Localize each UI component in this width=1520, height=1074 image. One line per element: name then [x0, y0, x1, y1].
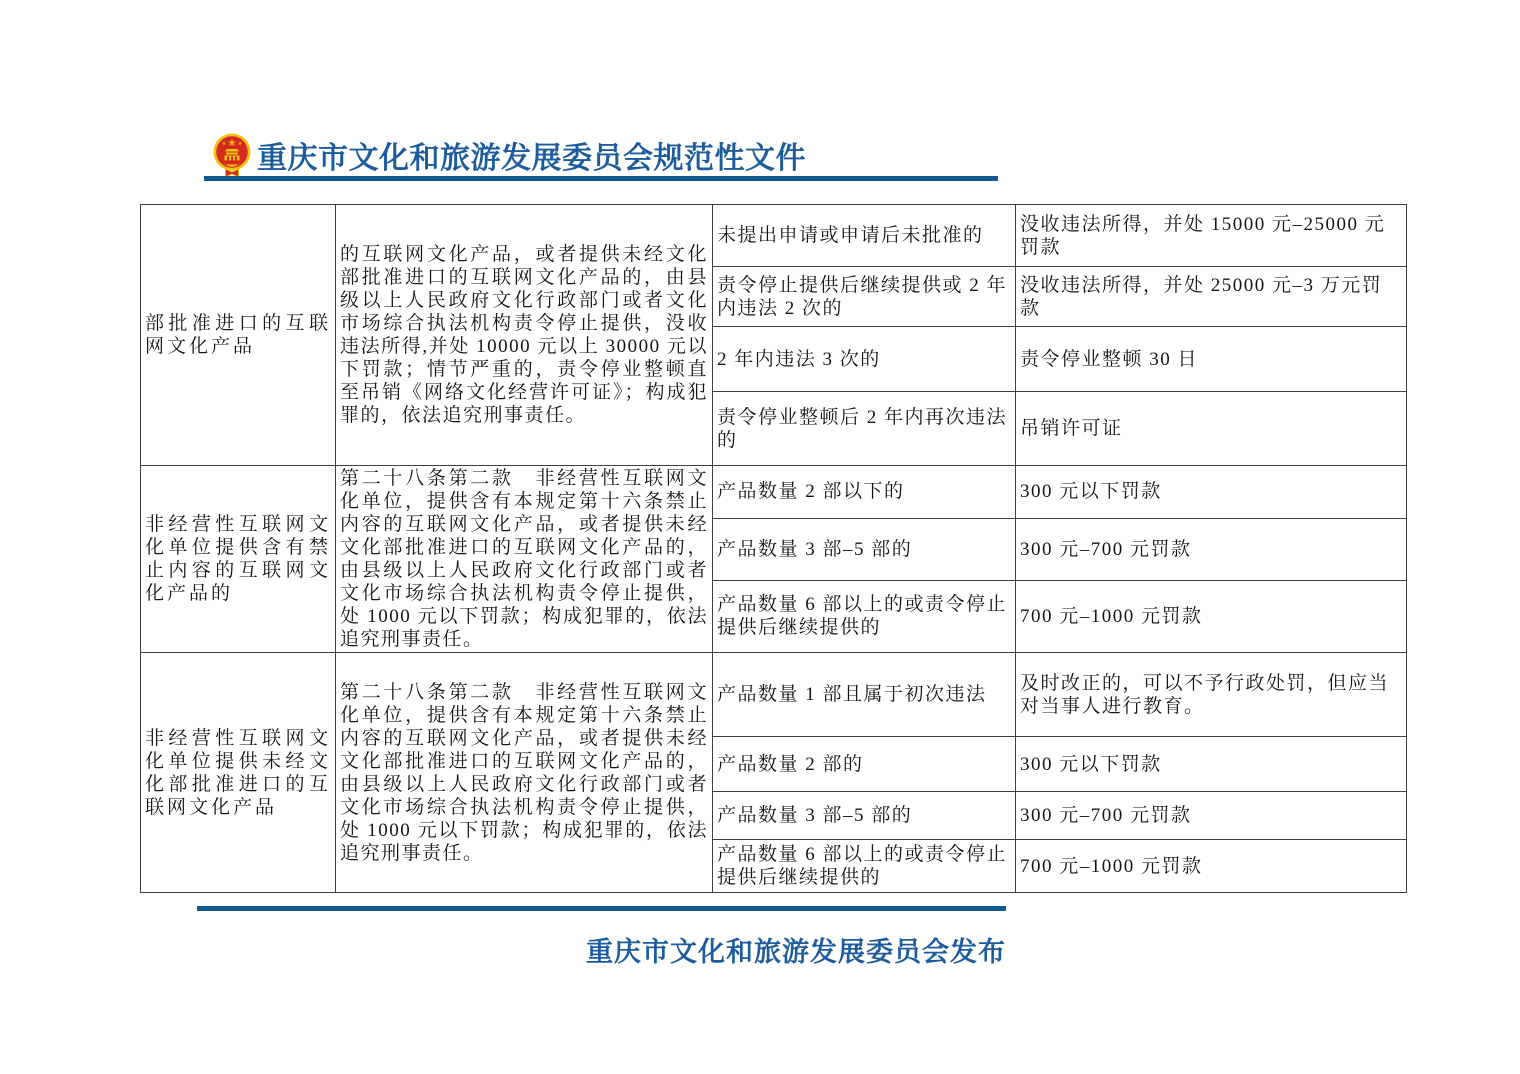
cell-legal-basis: 的互联网文化产品，或者提供未经文化部批准进口的互联网文化产品的，由县级以上人民政… [336, 205, 713, 466]
cell-violation: 部批准进口的互联网文化产品 [141, 205, 336, 466]
footer-publisher: 重庆市文化和旅游发展委员会发布 [197, 930, 1006, 969]
cell-penalty-standard: 700 元–1000 元罚款 [1016, 840, 1407, 893]
cell-penalty-standard: 300 元以下罚款 [1016, 737, 1407, 792]
cell-penalty-standard: 责令停业整顿 30 日 [1016, 327, 1407, 392]
cell-circumstance: 产品数量 6 部以上的或责令停止提供后继续提供的 [713, 840, 1016, 893]
header-divider-line [204, 176, 998, 181]
cell-circumstance: 责令停止提供后继续提供或 2 年内违法 2 次的 [713, 267, 1016, 327]
cell-circumstance: 未提出申请或申请后未批准的 [713, 205, 1016, 267]
china-national-emblem-icon: ★ ★ ★ [212, 132, 252, 180]
cell-penalty-standard: 没收违法所得，并处 15000 元–25000 元罚款 [1016, 205, 1407, 267]
cell-legal-basis: 第二十八条第二款 非经营性互联网文化单位，提供含有本规定第十六条禁止内容的互联网… [336, 653, 713, 893]
cell-penalty-standard: 300 元–700 元罚款 [1016, 792, 1407, 840]
cell-circumstance: 产品数量 3 部–5 部的 [713, 518, 1016, 580]
cell-circumstance: 产品数量 6 部以上的或责令停止提供后继续提供的 [713, 580, 1016, 652]
document-header-title: 重庆市文化和旅游发展委员会规范性文件 [257, 133, 806, 177]
document-page: ★ ★ ★ 重庆市文化和旅游发展委员会规范性文件 部批准进口的互联网文化产品 的… [0, 0, 1520, 1074]
table-section-1: 部批准进口的互联网文化产品 的互联网文化产品，或者提供未经文化部批准进口的互联网… [141, 205, 1407, 466]
cell-circumstance: 责令停业整顿后 2 年内再次违法的 [713, 392, 1016, 466]
table-section-2: 非经营性互联网文化单位提供含有禁止内容的互联网文化产品的 第二十八条第二款 非经… [141, 466, 1407, 653]
cell-penalty-standard: 吊销许可证 [1016, 392, 1407, 466]
cell-circumstance: 产品数量 2 部以下的 [713, 466, 1016, 519]
cell-circumstance: 产品数量 3 部–5 部的 [713, 792, 1016, 840]
table-row: 部批准进口的互联网文化产品 的互联网文化产品，或者提供未经文化部批准进口的互联网… [141, 205, 1407, 267]
svg-text:★: ★ [228, 138, 237, 149]
cell-circumstance: 产品数量 2 部的 [713, 737, 1016, 792]
svg-text:★: ★ [222, 141, 227, 147]
cell-legal-basis: 第二十八条第二款 非经营性互联网文化单位，提供含有本规定第十六条禁止内容的互联网… [336, 466, 713, 653]
penalty-table: 部批准进口的互联网文化产品 的互联网文化产品，或者提供未经文化部批准进口的互联网… [140, 204, 1407, 893]
table-row: 非经营性互联网文化单位提供含有禁止内容的互联网文化产品的 第二十八条第二款 非经… [141, 466, 1407, 519]
cell-penalty-standard: 700 元–1000 元罚款 [1016, 580, 1407, 652]
cell-violation: 非经营性互联网文化单位提供含有禁止内容的互联网文化产品的 [141, 466, 336, 653]
footer-divider-line [197, 906, 1006, 911]
table-row: 非经营性互联网文化单位提供未经文化部批准进口的互联网文化产品 第二十八条第二款 … [141, 653, 1407, 737]
cell-penalty-standard: 300 元–700 元罚款 [1016, 518, 1407, 580]
cell-circumstance: 产品数量 1 部且属于初次违法 [713, 653, 1016, 737]
svg-text:★: ★ [238, 141, 243, 147]
cell-penalty-standard: 及时改正的，可以不予行政处罚，但应当对当事人进行教育。 [1016, 653, 1407, 737]
cell-penalty-standard: 300 元以下罚款 [1016, 466, 1407, 519]
cell-violation: 非经营性互联网文化单位提供未经文化部批准进口的互联网文化产品 [141, 653, 336, 893]
cell-circumstance: 2 年内违法 3 次的 [713, 327, 1016, 392]
table-section-3: 非经营性互联网文化单位提供未经文化部批准进口的互联网文化产品 第二十八条第二款 … [141, 653, 1407, 893]
cell-penalty-standard: 没收违法所得，并处 25000 元–3 万元罚款 [1016, 267, 1407, 327]
